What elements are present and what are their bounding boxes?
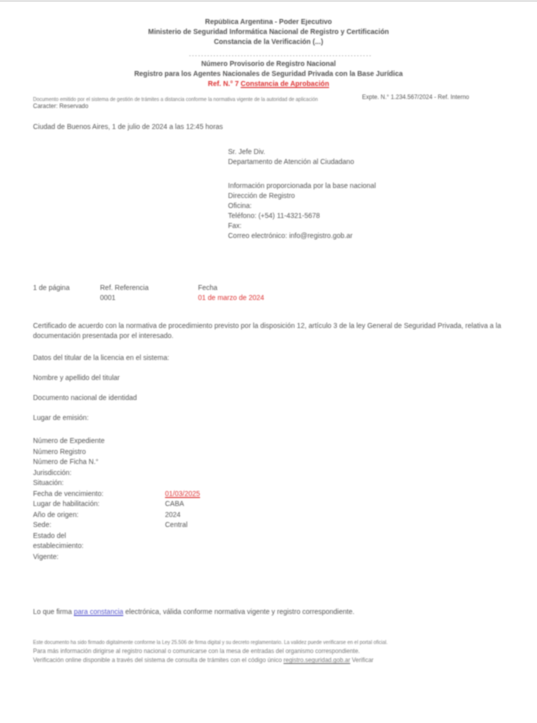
expediente-ref: Expte. N.° 1.234.567/2024 - Ref. Interno (362, 95, 469, 101)
character-line: Caracter: Reservado (33, 104, 88, 110)
recipient-line-1: Sr. Jefe Div. (228, 149, 265, 156)
body-paragraph: Certificado de acuerdo con la normativa … (33, 322, 503, 342)
footer-verify: Verificar (352, 658, 374, 664)
recipient-line-4: Dirección de Registro (228, 193, 295, 200)
body-line-3: Documento nacional de identidad (33, 395, 137, 402)
date-label: Fecha (198, 285, 217, 292)
date-line: Ciudad de Buenos Aires, 1 de julio de 20… (33, 124, 223, 131)
field-label: Sede: (33, 522, 51, 529)
recipient-line-7: Fax: (228, 223, 242, 230)
recipient-line-8: Correo electrónico: info@registro.gob.ar (228, 233, 353, 240)
field-value: 2024 (165, 512, 181, 519)
field-label: Número de Ficha N.° (33, 459, 98, 466)
intro-small-line: Documento emitido por el sistema de gest… (33, 97, 363, 103)
field-label: Año de origen: (33, 512, 79, 519)
ref-label: Ref. Referencia (100, 285, 149, 292)
header-line-6: Ref. N.° 7 Constancia de Aprobación (0, 81, 537, 88)
footer-line-3-text: Verificación online disponible a través … (33, 658, 282, 664)
field-value: Central (165, 522, 188, 529)
ref-value: 0001 (100, 295, 116, 302)
field-value: 01/03/2025 (165, 491, 200, 498)
header-line-3: Constancia de la Verificación (...) (0, 39, 537, 46)
header-line-1: República Argentina - Poder Ejecutivo (0, 19, 537, 26)
footer-line-3: Verificación online disponible a través … (33, 658, 374, 664)
field-label: Número de Expediente (33, 438, 105, 445)
recipient-line-5: Oficina: (228, 203, 252, 210)
top-rule (0, 0, 537, 2)
field-label: Número Registro (33, 449, 86, 456)
field-label: Vigente: (33, 554, 59, 561)
field-label: Estado del (33, 533, 66, 540)
recipient-line-3: Información proporcionada por la base na… (228, 183, 376, 190)
header-rule: - - - - - - - - - - - - - - - - - - - - … (140, 53, 420, 59)
recipient-line-6: Teléfono: (+54) 11-4321-5678 (228, 213, 320, 220)
header-line-5: Registro para los Agentes Nacionales de … (0, 71, 537, 78)
header-line-4: Número Provisorio de Registro Nacional (0, 61, 537, 68)
field-label: Situación: (33, 480, 64, 487)
footer-line-1: Este documento ha sido firmado digitalme… (33, 640, 413, 646)
footer-verify-link[interactable]: registro.seguridad.gob.ar (283, 658, 350, 664)
field-value: CABA (165, 501, 184, 508)
body-line-1: Datos del titular de la licencia en el s… (33, 355, 169, 362)
field-label: Lugar de habilitación: (33, 501, 100, 508)
header-approval: Constancia de Aprobación (241, 81, 329, 88)
page-count: 1 de página (33, 285, 70, 292)
field-label: Jurisdicción: (33, 470, 72, 477)
closing-link[interactable]: para constancia (74, 609, 123, 616)
footer-line-2: Para más información dirigirse al regist… (33, 649, 360, 655)
recipient-line-2: Departamento de Atención al Ciudadano (228, 159, 354, 166)
header-line-2: Ministerio de Seguridad Informática Naci… (0, 29, 537, 36)
closing-prefix: Lo que firma (33, 609, 72, 616)
closing-suffix: electrónica, válida conforme normativa v… (125, 609, 354, 616)
closing-line: Lo que firma para constancia electrónica… (33, 609, 354, 616)
field-label: establecimiento: (33, 543, 84, 550)
body-line-2: Nombre y apellido del titular (33, 375, 120, 382)
header-ref: Ref. N.° 7 (208, 81, 239, 88)
date-value: 01 de marzo de 2024 (198, 295, 264, 302)
field-label: Fecha de vencimiento: (33, 491, 103, 498)
body-line-4: Lugar de emisión: (33, 415, 89, 422)
